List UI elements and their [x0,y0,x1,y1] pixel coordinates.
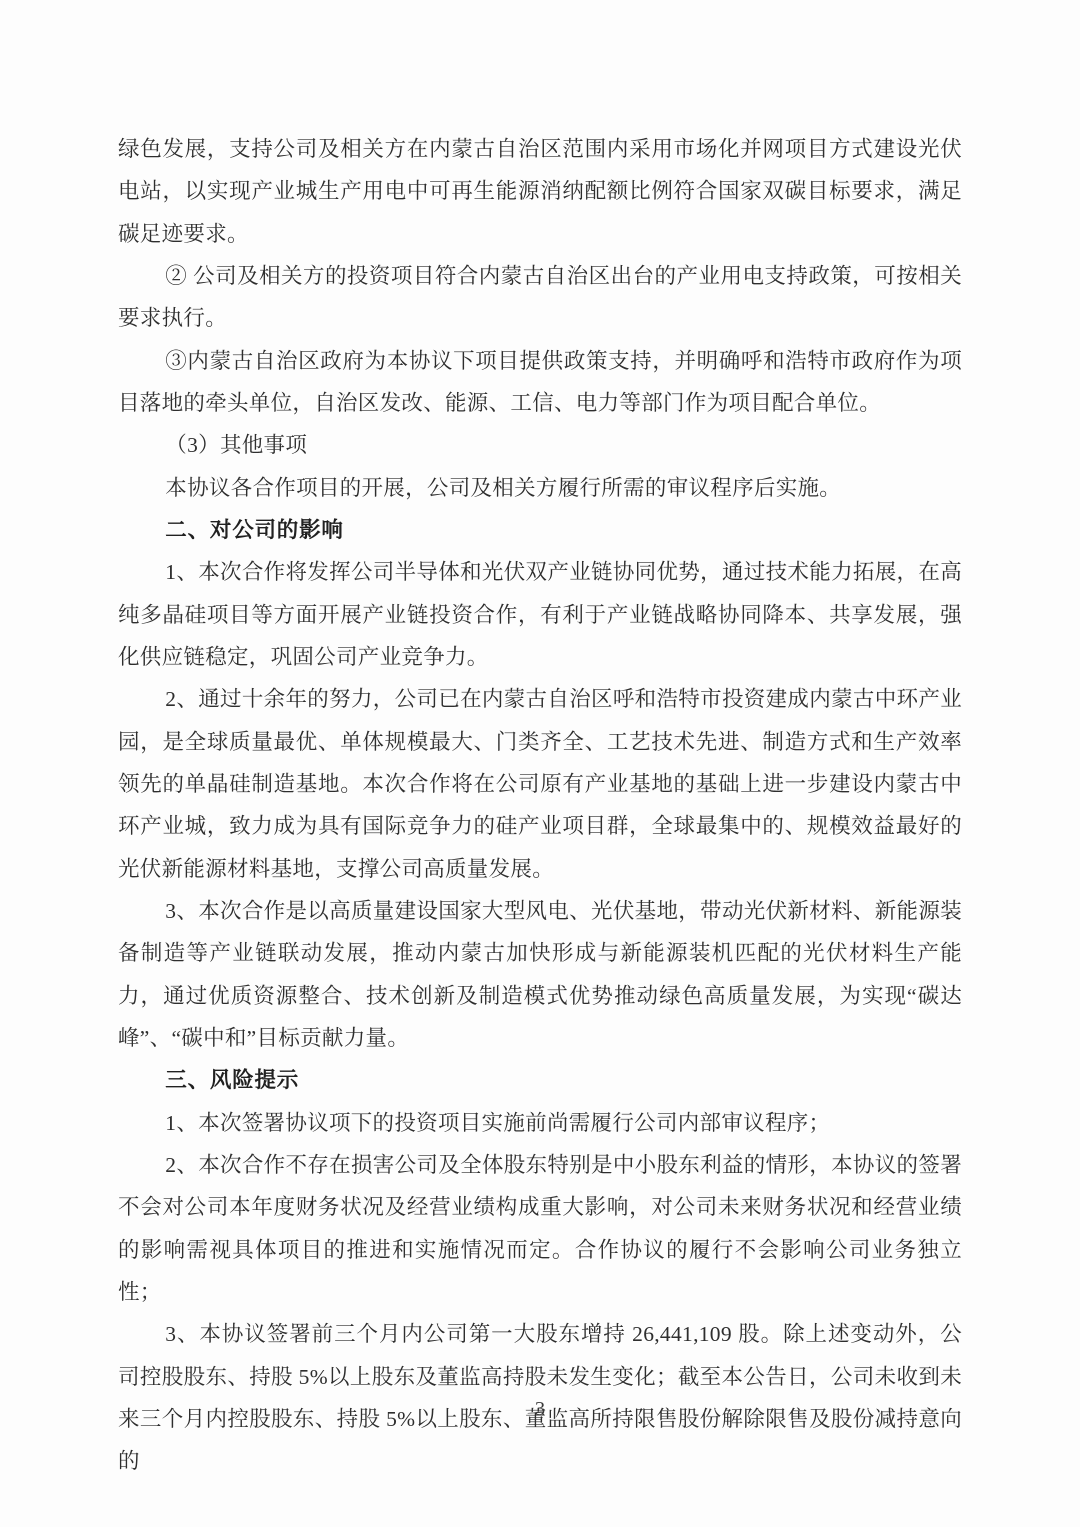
paragraph: 本协议各合作项目的开展，公司及相关方履行所需的审议程序后实施。 [118,467,962,509]
paragraph: 绿色发展，支持公司及相关方在内蒙古自治区范围内采用市场化并网项目方式建设光伏电站… [118,128,962,255]
paragraph: （3）其他事项 [118,424,962,466]
paragraph: ② 公司及相关方的投资项目符合内蒙古自治区出台的产业用电支持政策，可按相关要求执… [118,255,962,340]
document-page: 绿色发展，支持公司及相关方在内蒙古自治区范围内采用市场化并网项目方式建设光伏电站… [0,0,1080,1527]
paragraph: 3、本次合作是以高质量建设国家大型风电、光伏基地，带动光伏新材料、新能源装备制造… [118,890,962,1059]
document-body: 绿色发展，支持公司及相关方在内蒙古自治区范围内采用市场化并网项目方式建设光伏电站… [118,128,962,1483]
section-heading: 二、对公司的影响 [118,509,962,551]
page-number: 3 [0,1394,1080,1424]
paragraph: 1、本次合作将发挥公司半导体和光伏双产业链协同优势，通过技术能力拓展，在高纯多晶… [118,551,962,678]
paragraph: 2、本次合作不存在损害公司及全体股东特别是中小股东利益的情形，本协议的签署不会对… [118,1144,962,1313]
paragraph: ③内蒙古自治区政府为本协议下项目提供政策支持，并明确呼和浩特市政府作为项目落地的… [118,340,962,425]
paragraph: 1、本次签署协议项下的投资项目实施前尚需履行公司内部审议程序； [118,1102,962,1144]
section-heading: 三、风险提示 [118,1059,962,1101]
paragraph: 2、通过十余年的努力，公司已在内蒙古自治区呼和浩特市投资建成内蒙古中环产业园，是… [118,678,962,890]
